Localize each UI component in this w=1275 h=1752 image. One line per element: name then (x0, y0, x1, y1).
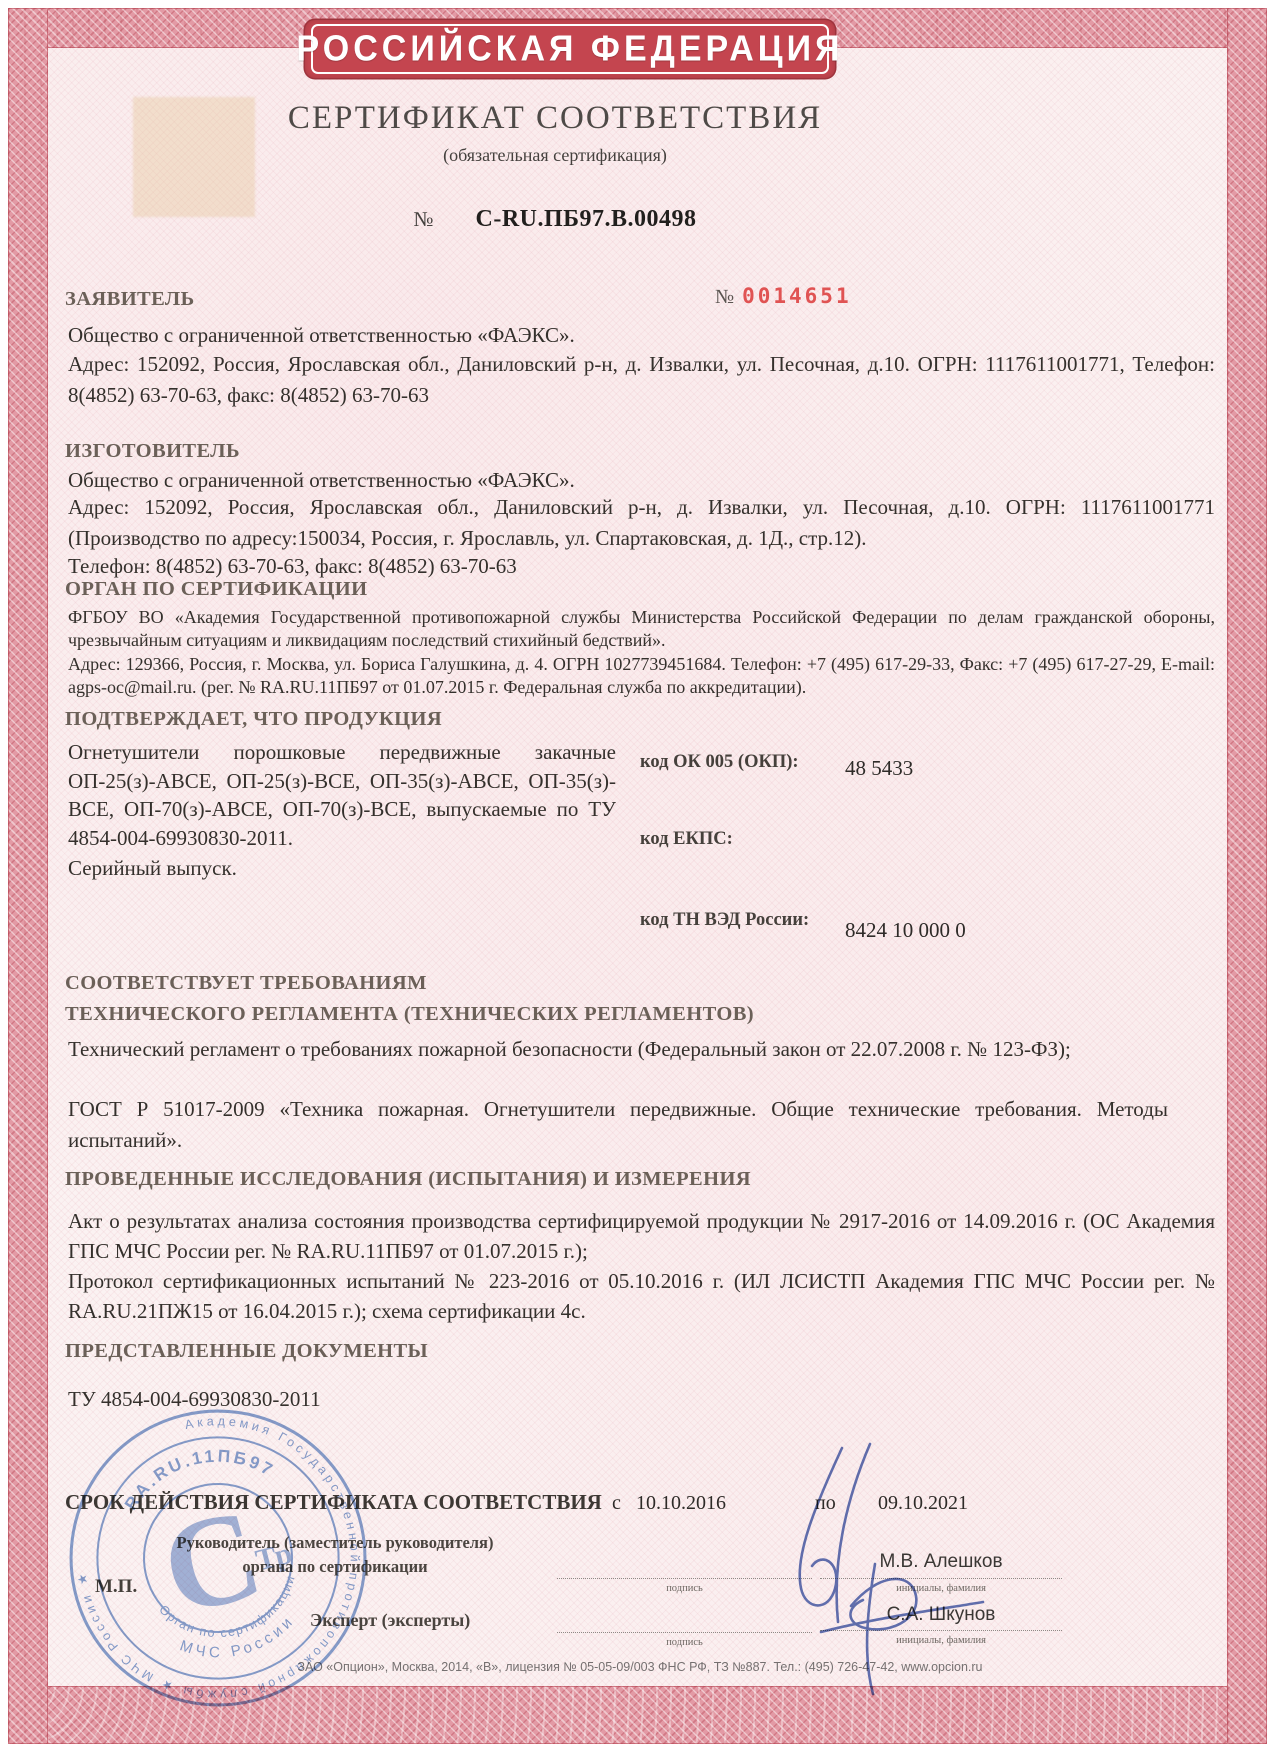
code-okp-label: код ОК 005 (ОКП): (640, 752, 799, 773)
expert-signature-caption: подпись (557, 1637, 812, 1648)
code-tnved-label: код ТН ВЭД России: (640, 910, 809, 931)
research-item-1: Акт о результатах анализа состояния прои… (68, 1206, 1215, 1266)
certificate-page: РОССИЙСКАЯ ФЕДЕРАЦИЯ СЕРТИФИКАТ СООТВЕТС… (0, 0, 1275, 1752)
certificate-number-label: № (413, 207, 433, 231)
code-okp-value: 48 5433 (845, 756, 913, 781)
federation-banner-frame: РОССИЙСКАЯ ФЕДЕРАЦИЯ (311, 24, 829, 74)
applicant-name: Общество с ограниченной ответственностью… (68, 320, 1215, 351)
border-band-right (1227, 8, 1267, 1744)
stamp-center-tr-mark: Тр (252, 1536, 295, 1578)
certificate-subtitle: (обязательная сертификация) (55, 145, 1055, 166)
cert-body-name: ФГБОУ ВО «Академия Государственной проти… (68, 606, 1215, 652)
cert-body-heading: ОРГАН ПО СЕРТИФИКАЦИИ (65, 578, 368, 601)
product-description: Огнетушители порошковые передвижные зака… (68, 738, 616, 852)
compliance-heading-line2: ТЕХНИЧЕСКОГО РЕГЛАМЕНТА (ТЕХНИЧЕСКИХ РЕГ… (65, 1003, 754, 1026)
validity-from-label: с (612, 1492, 621, 1515)
form-number: №0014651 (715, 284, 852, 309)
validity-from-date: 10.10.2016 (636, 1492, 726, 1515)
documents-heading: ПРЕДСТАВЛЕННЫЕ ДОКУМЕНТЫ (65, 1340, 428, 1363)
code-ekps-label: код ЕКПС: (640, 829, 733, 850)
compliance-heading-line1: СООТВЕТСТВУЕТ ТРЕБОВАНИЯМ (65, 972, 427, 995)
product-heading: ПОДТВЕРЖДАЕТ, ЧТО ПРОДУКЦИЯ (65, 708, 442, 731)
product-serial: Серийный выпуск. (68, 853, 616, 884)
certificate-number-row: №C-RU.ПБ97.В.00498 (55, 206, 1055, 233)
expert-signature-ink (815, 1562, 990, 1697)
cert-body-details: Адрес: 129366, Россия, г. Москва, ул. Бо… (68, 653, 1215, 699)
applicant-details: Адрес: 152092, Россия, Ярославская обл.,… (68, 349, 1215, 411)
federation-banner: РОССИЙСКАЯ ФЕДЕРАЦИЯ (305, 20, 835, 78)
form-number-value: 0014651 (742, 284, 852, 308)
certificate-title: СЕРТИФИКАТ СООТВЕТСТВИЯ (55, 100, 1055, 137)
applicant-heading: ЗАЯВИТЕЛЬ (65, 288, 195, 311)
manufacturer-heading: ИЗГОТОВИТЕЛЬ (65, 440, 240, 463)
compliance-item-2: ГОСТ Р 51017-2009 «Техника пожарная. Огн… (68, 1094, 1168, 1156)
form-number-label: № (715, 286, 734, 308)
code-tnved-value: 8424 10 000 0 (845, 918, 966, 943)
manufacturer-details: Адрес: 152092, Россия, Ярославская обл.,… (68, 492, 1215, 554)
certificate-number: C-RU.ПБ97.В.00498 (476, 206, 697, 232)
federation-banner-title: РОССИЙСКАЯ ФЕДЕРАЦИЯ (297, 29, 844, 70)
research-heading: ПРОВЕДЕННЫЕ ИССЛЕДОВАНИЯ (ИСПЫТАНИЯ) И И… (65, 1168, 751, 1191)
compliance-item-1: Технический регламент о требованиях пожа… (68, 1034, 1168, 1065)
research-item-2: Протокол сертификационных испытаний № 22… (68, 1266, 1215, 1326)
